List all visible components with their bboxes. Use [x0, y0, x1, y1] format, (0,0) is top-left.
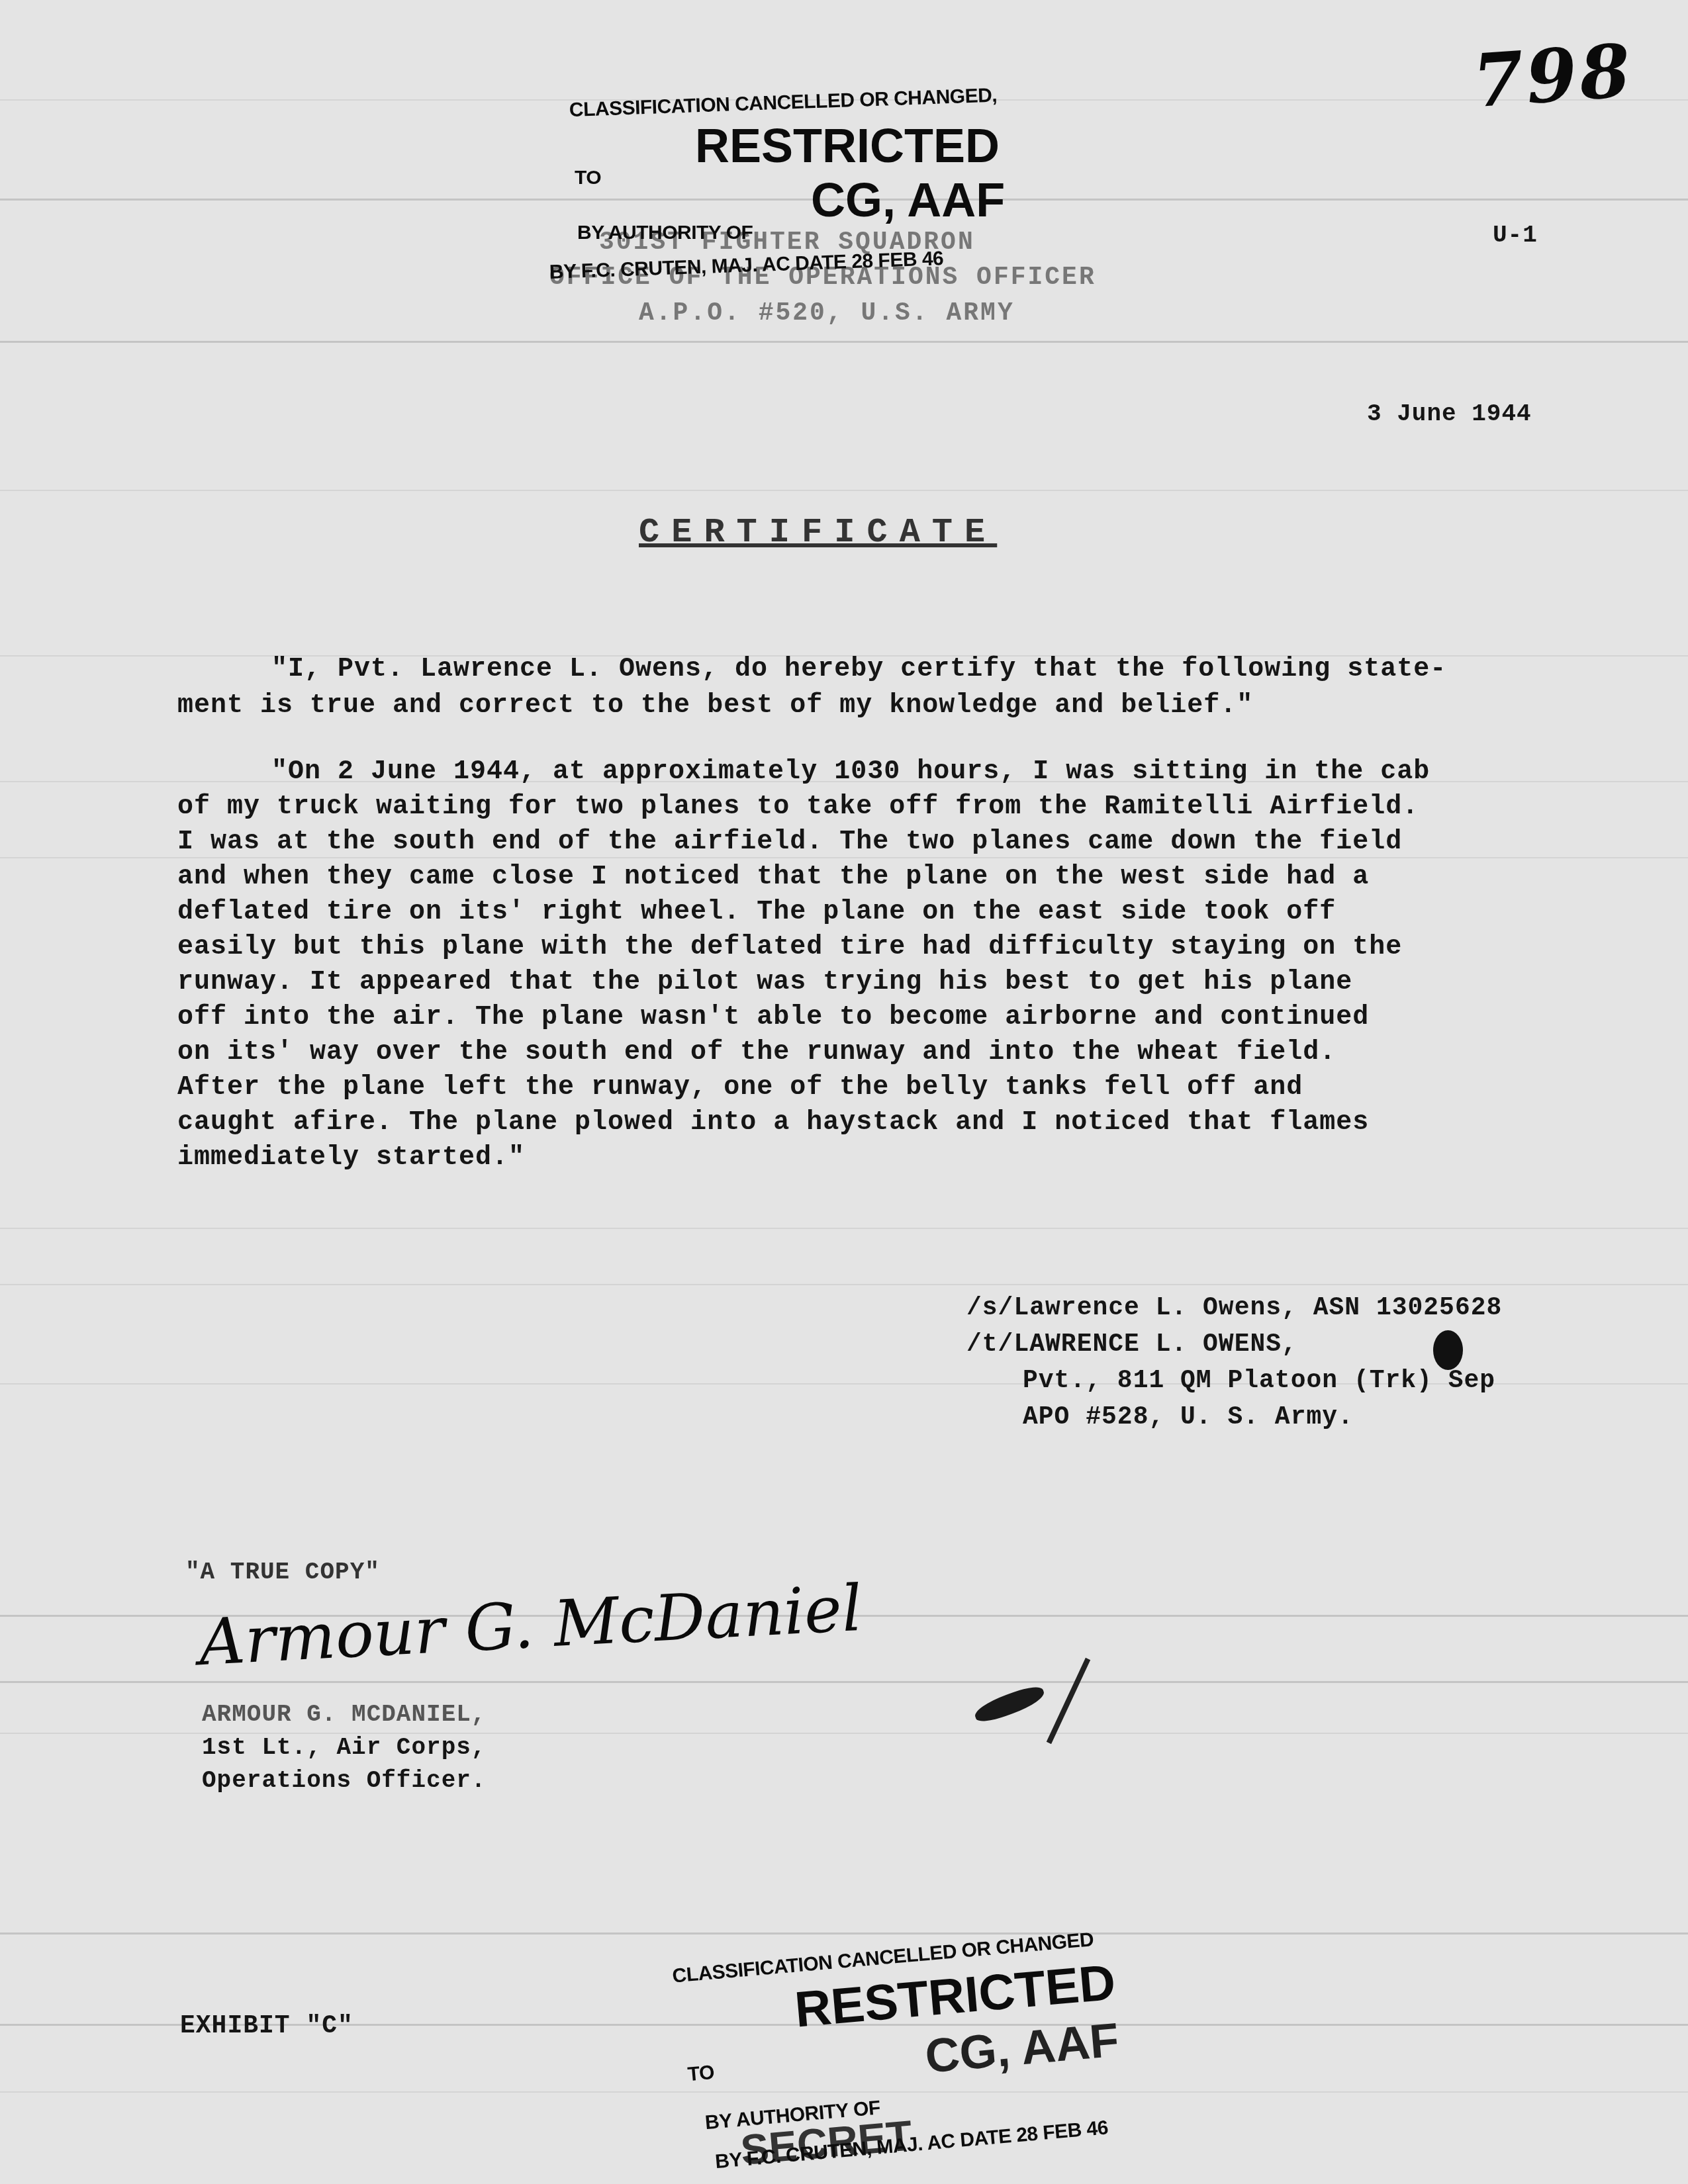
- handwritten-mark: [1047, 1658, 1090, 1744]
- page-number: 798: [1470, 28, 1636, 124]
- officer-line: ARMOUR G. MCDANIEL,: [202, 1701, 486, 1728]
- paragraph-line: of my truck waiting for two planes to ta…: [177, 790, 1419, 825]
- document-title: CERTIFICATE: [639, 513, 997, 552]
- handwritten-mark: [972, 1682, 1047, 1726]
- paragraph-line: easily but this plane with the deflated …: [177, 930, 1402, 965]
- true-copy-label: "A TRUE COPY": [185, 1559, 380, 1586]
- paragraph-line: on its' way over the south end of the ru…: [177, 1035, 1336, 1070]
- paragraph-line: deflated tire on its' right wheel. The p…: [177, 895, 1336, 930]
- page-label: U-1: [1493, 222, 1538, 249]
- declassification-stamp-bottom: CLASSIFICATION CANCELLED OR CHANGED REST…: [669, 1881, 1284, 2183]
- handwritten-signature: Armour G. McDaniel: [197, 1571, 864, 1680]
- exhibit-label: EXHIBIT "C": [180, 2012, 353, 2040]
- signature-line: /s/Lawrence L. Owens, ASN 13025628: [966, 1294, 1502, 1322]
- paragraph-line: off into the air. The plane wasn't able …: [177, 1000, 1369, 1035]
- ink-blot: [1433, 1330, 1463, 1370]
- stamp-to-label: TO: [686, 2062, 715, 2086]
- signature-line: /t/LAWRENCE L. OWENS,: [966, 1330, 1297, 1359]
- signature-line: APO #528, U. S. Army.: [1023, 1403, 1354, 1432]
- paragraph-line: "I, Pvt. Lawrence L. Owens, do hereby ce…: [271, 652, 1446, 687]
- officer-line: 1st Lt., Air Corps,: [202, 1734, 486, 1761]
- letterhead-address: A.P.O. #520, U.S. ARMY: [639, 299, 1015, 328]
- signature-line: Pvt., 811 QM Platoon (Trk) Sep: [1023, 1367, 1495, 1395]
- paragraph-line: ment is true and correct to the best of …: [177, 688, 1253, 723]
- paragraph-line: I was at the south end of the airfield. …: [177, 825, 1402, 860]
- stamp-authority-label: BY AUTHORITY OF: [577, 222, 753, 244]
- paragraph-line: caught afire. The plane plowed into a ha…: [177, 1105, 1369, 1140]
- stamp-classification: RESTRICTED: [695, 119, 1000, 173]
- stamp-heading: CLASSIFICATION CANCELLED OR CHANGED,: [569, 84, 997, 122]
- paragraph-line: immediately started.": [177, 1140, 525, 1175]
- paragraph-line: runway. It appeared that the pilot was t…: [177, 965, 1352, 1000]
- paragraph-line: "On 2 June 1944, at approximately 1030 h…: [271, 754, 1430, 790]
- paragraph-line: and when they came close I noticed that …: [177, 860, 1369, 895]
- stamp-authority: CG, AAF: [811, 173, 1005, 228]
- paragraph-line: After the plane left the runway, one of …: [177, 1070, 1303, 1105]
- officer-line: Operations Officer.: [202, 1767, 486, 1794]
- document-date: 3 June 1944: [1367, 400, 1532, 428]
- stamp-to-label: TO: [575, 167, 601, 189]
